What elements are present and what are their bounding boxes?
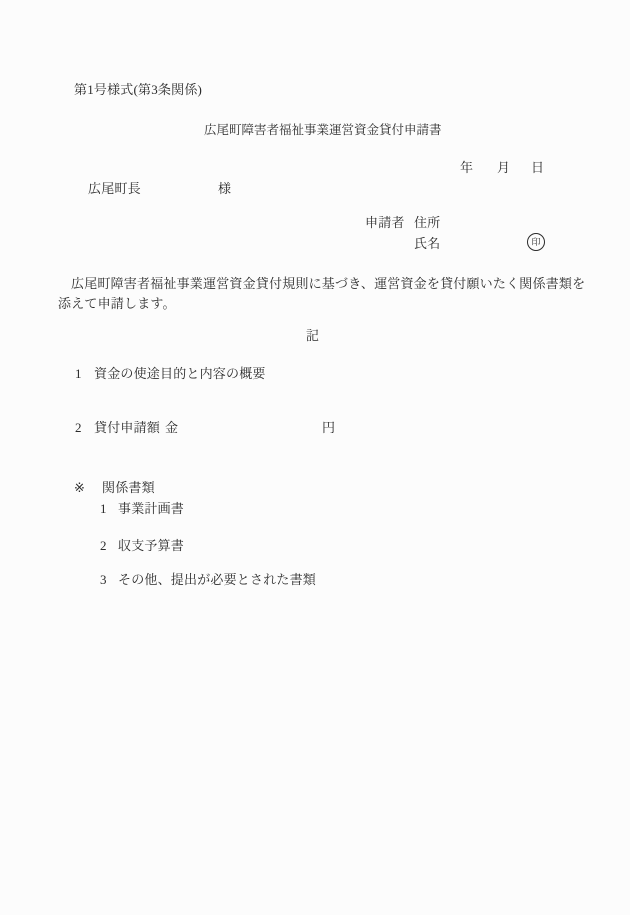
amount-suffix-yen: 円 [322, 420, 335, 435]
form-number: 第1号様式(第3条関係) [74, 82, 202, 97]
date-month-label: 月 [497, 160, 510, 175]
amount-prefix-kin: 金 [165, 420, 178, 435]
applicant-name-label: 氏名 [414, 236, 440, 251]
body-text-line-1: 広尾町障害者福祉事業運営資金貸付規則に基づき、運営資金を貸付願いたく関係書類を [58, 276, 585, 291]
item-2-label: 貸付申請額 [94, 420, 160, 435]
related-doc-3-label: その他、提出が必要とされた書類 [118, 572, 316, 587]
application-form-page: 第1号様式(第3条関係) 広尾町障害者福祉事業運営資金貸付申請書 年 月 日 広… [0, 0, 630, 915]
addressee-honorific: 様 [218, 181, 231, 196]
document-title: 広尾町障害者福祉事業運営資金貸付申請書 [204, 123, 442, 138]
applicant-label: 申請者 [365, 215, 405, 230]
related-doc-1-label: 事業計画書 [118, 501, 184, 516]
related-doc-1-number: 1 [100, 501, 107, 516]
related-doc-2-label: 収支予算書 [118, 538, 184, 553]
body-text-line-2: 添えて申請します。 [58, 296, 176, 311]
related-docs-marker: ※ [74, 480, 85, 495]
section-marker-ki: 記 [306, 328, 319, 343]
addressee-name: 広尾町長 [88, 181, 141, 196]
related-doc-3-number: 3 [100, 572, 107, 587]
item-1-label: 資金の使途目的と内容の概要 [94, 366, 266, 381]
item-1-number: 1 [75, 366, 82, 381]
related-docs-title: 関係書類 [102, 480, 155, 495]
item-2-number: 2 [75, 420, 82, 435]
applicant-address-label: 住所 [414, 215, 440, 230]
date-day-label: 日 [531, 160, 544, 175]
date-year-label: 年 [460, 160, 473, 175]
related-doc-2-number: 2 [100, 538, 107, 553]
seal-mark-icon: 印 [527, 233, 545, 251]
